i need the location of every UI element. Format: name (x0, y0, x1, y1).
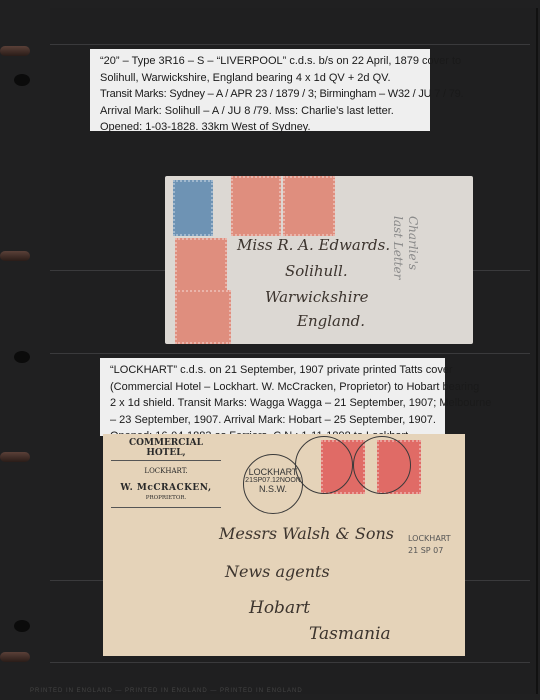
letterhead-proprietor-name: W. McCRACKEN, (111, 483, 221, 493)
address-line: Solihull. (285, 262, 348, 280)
mount-strip-line (50, 662, 530, 663)
postmark-town: LOCKHART (244, 467, 302, 477)
caption-line: “20” – Type 3R16 – S – “LIVERPOOL” c.d.s… (100, 53, 420, 70)
address-line: Tasmania (309, 624, 391, 644)
binder-ring (0, 652, 30, 662)
letterhead-proprietor-title: PROPRIETOR. (111, 495, 221, 501)
address-line: Hobart (249, 598, 310, 618)
stamp-1d-qv (175, 238, 227, 292)
caption-line: Opened: 1-03-1828. 33km West of Sydney. (100, 119, 420, 136)
address-line: Miss R. A. Edwards. (237, 236, 390, 254)
caption-line: 2 x 1d shield. Transit Marks: Wagga Wagg… (110, 395, 435, 412)
mount-strip-line (50, 353, 530, 354)
caption-line: Transit Marks: Sydney – A / APR 23 / 187… (100, 86, 420, 103)
postmark-cds (353, 436, 411, 494)
address-line: News agents (225, 562, 330, 581)
caption-line: Arrival Mark: Solihull – A / JU 8 /79. M… (100, 103, 420, 120)
binder-hole (14, 620, 30, 632)
binder-ring (0, 452, 30, 462)
address-line: Warwickshire (265, 288, 369, 306)
binder-ring (0, 46, 30, 56)
footer-emboss: PRINTED IN ENGLAND — PRINTED IN ENGLAND … (30, 688, 303, 694)
caption-line: – 23 September, 1907. Arrival Mark: Hoba… (110, 412, 435, 429)
pencil-note: last Letter (391, 216, 405, 279)
letterhead: COMMERCIAL HOTEL, LOCKHART. W. McCRACKEN… (111, 438, 221, 510)
caption-2: “LOCKHART” c.d.s. on 21 September, 1907 … (100, 358, 445, 436)
address-line: Messrs Walsh & Sons (219, 524, 394, 543)
postmark-cds (295, 436, 353, 494)
cover-liverpool: Miss R. A. Edwards. Solihull. Warwickshi… (165, 176, 473, 344)
cover-lockhart: COMMERCIAL HOTEL, LOCKHART. W. McCRACKEN… (103, 434, 465, 656)
letterhead-town: LOCKHART. (111, 467, 221, 475)
stamp-1d-qv (175, 290, 231, 344)
pencil-note: Charlie's (406, 216, 420, 270)
caption-line: (Commercial Hotel – Lockhart. W. McCrack… (110, 379, 435, 396)
stamp-1d-qv (231, 176, 281, 236)
binder-ring (0, 251, 30, 261)
stamp-1d-qv (283, 176, 335, 236)
album-page: “20” – Type 3R16 – S – “LIVERPOOL” c.d.s… (0, 0, 540, 700)
letterhead-hotel: COMMERCIAL HOTEL, (111, 438, 221, 458)
postmark-state: N.S.W. (244, 484, 302, 494)
caption-line: Solihull, Warwickshire, England bearing … (100, 70, 420, 87)
address-line: England. (297, 312, 365, 330)
pencil-note: LOCKHART (408, 534, 451, 543)
postmark-date: 21SP07.12NOON (244, 477, 302, 484)
mount-strip-line (50, 44, 530, 45)
pencil-note: 21 SP 07 (408, 546, 443, 555)
caption-1: “20” – Type 3R16 – S – “LIVERPOOL” c.d.s… (90, 49, 430, 131)
caption-line: “LOCKHART” c.d.s. on 21 September, 1907 … (110, 362, 435, 379)
postmark-cds: LOCKHART 21SP07.12NOON N.S.W. (243, 454, 303, 514)
binder-hole (14, 351, 30, 363)
stamp-2d-qv (173, 180, 213, 236)
binder-hole (14, 74, 30, 86)
